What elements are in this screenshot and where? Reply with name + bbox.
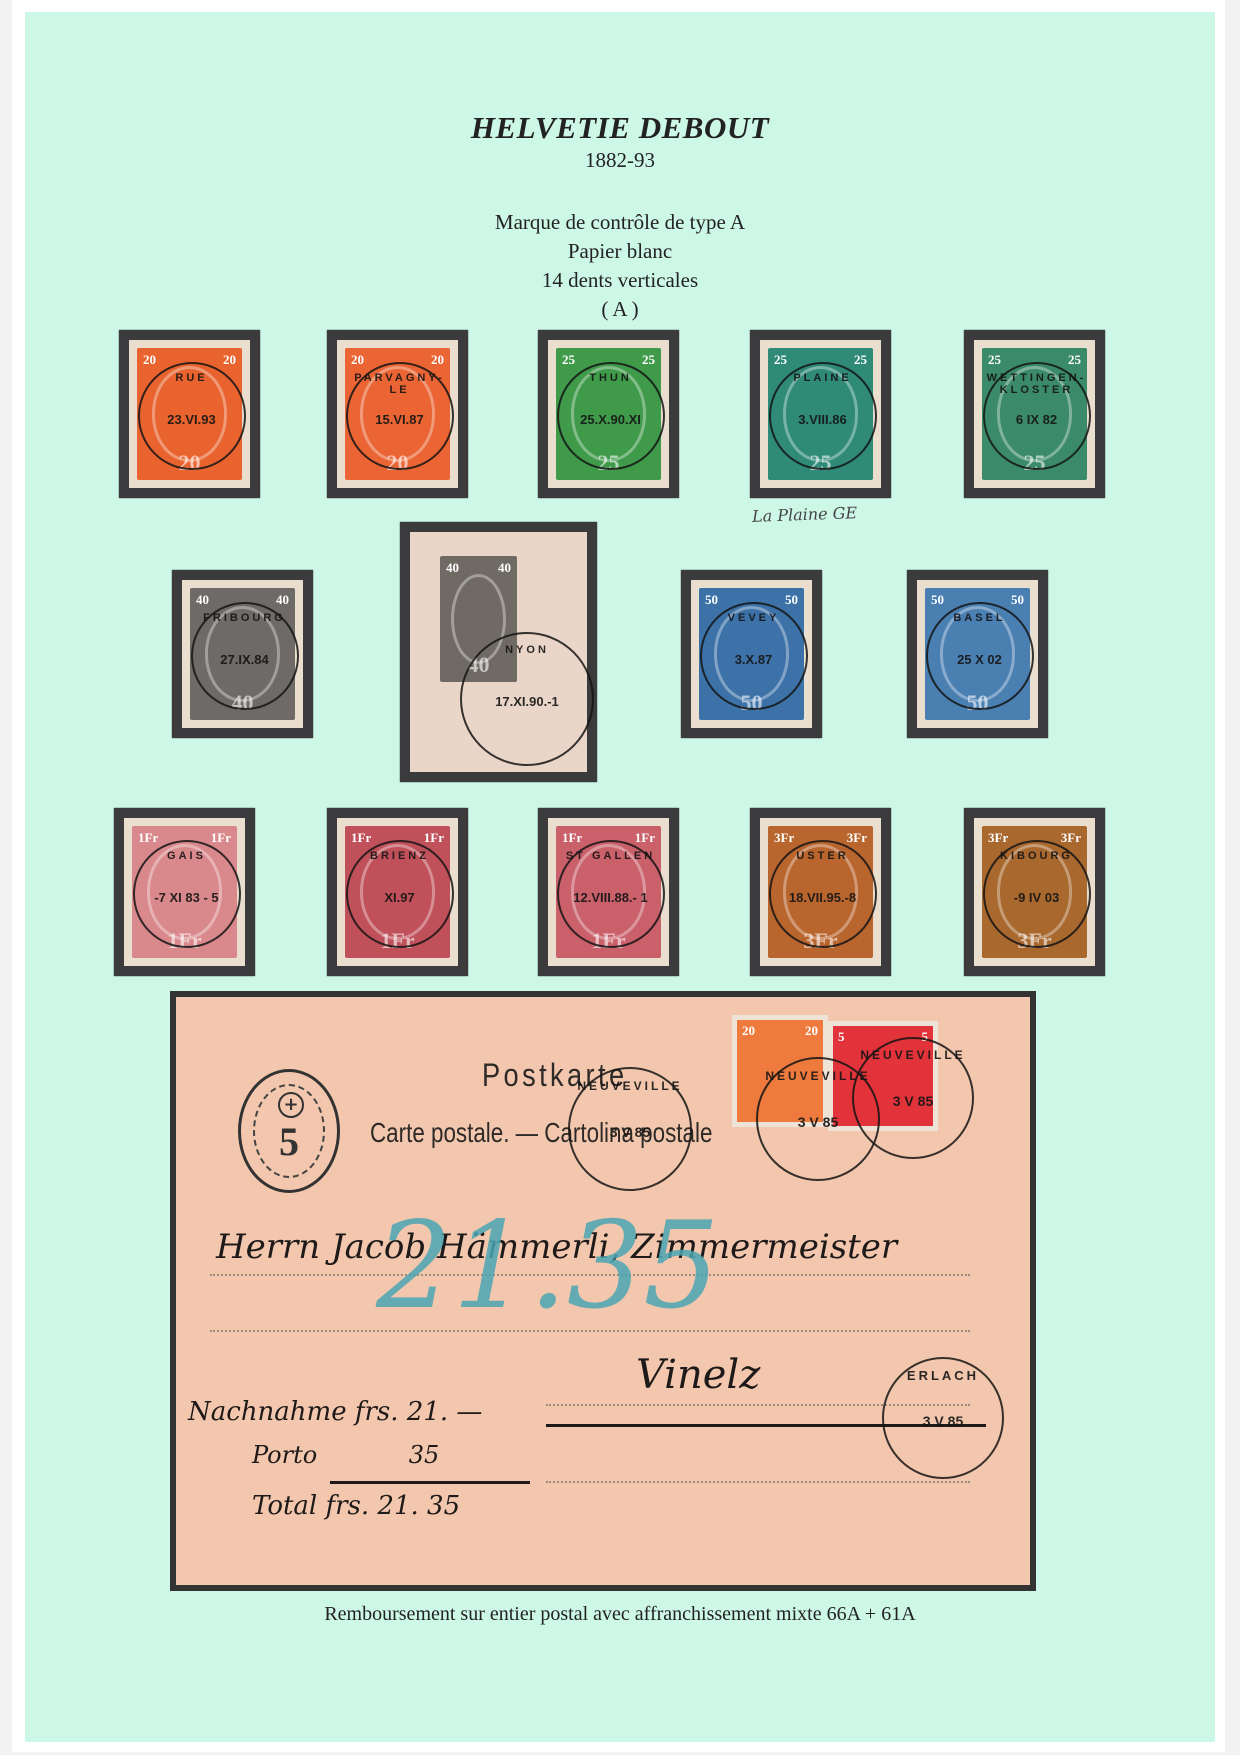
postmark-date: 17.XI.90.-1 bbox=[462, 694, 592, 709]
stamp-value: 25 bbox=[642, 352, 655, 368]
cod-line-3: Total frs. 21. 35 bbox=[252, 1491, 460, 1521]
postmark: WETTINGEN-KLOSTER6 IX 82 bbox=[983, 362, 1091, 470]
address-line-2: Vinelz bbox=[636, 1352, 760, 1398]
postmark-date: 12.VIII.88.- 1 bbox=[559, 890, 663, 905]
page-title: HELVETIE DEBOUT bbox=[0, 110, 1240, 146]
postmark: USTER18.VII.95.-8 bbox=[769, 840, 877, 948]
stamp-mount: 404040FRIBOURG27.IX.84 bbox=[172, 570, 313, 738]
postmark-town: BASEL bbox=[928, 612, 1032, 624]
postmark: BRIENZXI.97 bbox=[346, 840, 454, 948]
postmark-town: WETTINGEN-KLOSTER bbox=[985, 372, 1089, 396]
postmark-date: -9 IV 03 bbox=[985, 890, 1089, 905]
page-subtitle: Marque de contrôle de type A Papier blan… bbox=[0, 208, 1240, 324]
stamp: 404040NYON17.XI.90.-1 bbox=[410, 532, 587, 772]
postmark-town: ST GALLEN bbox=[559, 850, 663, 862]
postmark-date: XI.97 bbox=[348, 890, 452, 905]
stamp: 505050BASEL25 X 02 bbox=[917, 580, 1038, 728]
stamp-value: 1Fr bbox=[211, 830, 231, 846]
stamp-mount: 252525WETTINGEN-KLOSTER6 IX 82 bbox=[964, 330, 1105, 498]
stamp-value: 3Fr bbox=[988, 830, 1008, 846]
stamp-mount: 505050VEVEY3.X.87 bbox=[681, 570, 822, 738]
stamp-value: 40 bbox=[498, 560, 511, 576]
stamp: 252525WETTINGEN-KLOSTER6 IX 82 bbox=[974, 340, 1095, 488]
indicia-5c-icon: + 5 bbox=[238, 1069, 340, 1193]
stamp: 202020PARVAGNY-LE15.VI.87 bbox=[337, 340, 458, 488]
stamp-value: 20 bbox=[351, 352, 364, 368]
subtitle-line: ( A ) bbox=[0, 295, 1240, 324]
postmark-date: 18.VII.95.-8 bbox=[771, 890, 875, 905]
stamp-value: 40 bbox=[276, 592, 289, 608]
postcard-mount: + 5 Postkarte Carte postale. — Cartolina… bbox=[170, 991, 1036, 1591]
cod-line-1: Nachnahme frs. 21. — bbox=[188, 1397, 482, 1427]
postmark-date: -7 XI 83 - 5 bbox=[135, 890, 239, 905]
postmark-neuveville: NEUVEVILLE 3 V 85 bbox=[568, 1067, 692, 1191]
stamp-mount: 3Fr3Fr3FrKIBOURG-9 IV 03 bbox=[964, 808, 1105, 976]
stamp-mount: 1Fr1Fr1FrBRIENZXI.97 bbox=[327, 808, 468, 976]
stamp-value: 25 bbox=[988, 352, 1001, 368]
postmark-date: 6 IX 82 bbox=[985, 412, 1089, 427]
postmark-town: NYON bbox=[462, 644, 592, 656]
postmark: FRIBOURG27.IX.84 bbox=[191, 602, 299, 710]
subtitle-line: Marque de contrôle de type A bbox=[0, 208, 1240, 237]
stamp-value: 20 bbox=[143, 352, 156, 368]
stamp-value: 1Fr bbox=[138, 830, 158, 846]
stamp: 252525PLAINE3.VIII.86 bbox=[760, 340, 881, 488]
postmark-town: PLAINE bbox=[771, 372, 875, 384]
page-years: 1882-93 bbox=[0, 148, 1240, 173]
stamp-mount: 3Fr3Fr3FrUSTER18.VII.95.-8 bbox=[750, 808, 891, 976]
stamp-value: 20 bbox=[431, 352, 444, 368]
postmark: GAIS-7 XI 83 - 5 bbox=[133, 840, 241, 948]
postmark: BASEL25 X 02 bbox=[926, 602, 1034, 710]
postmark-town: KIBOURG bbox=[985, 850, 1089, 862]
stamp-mount: 202020PARVAGNY-LE15.VI.87 bbox=[327, 330, 468, 498]
stamp-value: 40 bbox=[446, 560, 459, 576]
swiss-cross-icon: + bbox=[278, 1092, 304, 1118]
postmark: KIBOURG-9 IV 03 bbox=[983, 840, 1091, 948]
stamp: 3Fr3Fr3FrKIBOURG-9 IV 03 bbox=[974, 818, 1095, 966]
postmark-town: THUN bbox=[559, 372, 663, 384]
postmark-date: 25 X 02 bbox=[928, 652, 1032, 667]
address-rule bbox=[546, 1481, 970, 1483]
cod-line-2: Porto 35 bbox=[252, 1441, 439, 1469]
postmark-town: VEVEY bbox=[702, 612, 806, 624]
stamp: 1Fr1Fr1FrGAIS-7 XI 83 - 5 bbox=[124, 818, 245, 966]
stamp-value: 3Fr bbox=[1061, 830, 1081, 846]
pencil-note: La Plaine GE bbox=[752, 503, 858, 526]
postcard-caption: Remboursement sur entier postal avec aff… bbox=[0, 1603, 1240, 1626]
stamp-mount: 1Fr1Fr1FrGAIS-7 XI 83 - 5 bbox=[114, 808, 255, 976]
stamp-mount: 252525PLAINE3.VIII.86 bbox=[750, 330, 891, 498]
stamp: 404040FRIBOURG27.IX.84 bbox=[182, 580, 303, 728]
postmark-date: 27.IX.84 bbox=[193, 652, 297, 667]
stamp-mount: 252525THUN25.X.90.XI bbox=[538, 330, 679, 498]
postmark: THUN25.X.90.XI bbox=[557, 362, 665, 470]
postmark-date: 25.X.90.XI bbox=[559, 412, 663, 427]
blue-crayon-amount: 21.35 bbox=[376, 1197, 720, 1336]
stamp-mount: 1Fr1Fr1FrST GALLEN12.VIII.88.- 1 bbox=[538, 808, 679, 976]
postmark: RUE23.VI.93 bbox=[138, 362, 246, 470]
postmark: PLAINE3.VIII.86 bbox=[769, 362, 877, 470]
stamp: 1Fr1Fr1FrST GALLEN12.VIII.88.- 1 bbox=[548, 818, 669, 966]
postcard: + 5 Postkarte Carte postale. — Cartolina… bbox=[176, 997, 1030, 1585]
stamp-value: 25 bbox=[854, 352, 867, 368]
postmark-date: 23.VI.93 bbox=[140, 412, 244, 427]
stamp-value: 50 bbox=[931, 592, 944, 608]
postmark: VEVEY3.X.87 bbox=[700, 602, 808, 710]
stamp-value: 3Fr bbox=[847, 830, 867, 846]
stamp: 505050VEVEY3.X.87 bbox=[691, 580, 812, 728]
postmark-town: PARVAGNY-LE bbox=[348, 372, 452, 396]
stamp-value: 1Fr bbox=[424, 830, 444, 846]
stamp: 202020RUE23.VI.93 bbox=[129, 340, 250, 488]
postmark-neuveville-3: NEUVEVILLE 3 V 85 bbox=[852, 1037, 974, 1159]
postmark-erlach: ERLACH 3 V 85 bbox=[882, 1357, 1004, 1479]
subtitle-line: 14 dents verticales bbox=[0, 266, 1240, 295]
stamp: 3Fr3Fr3FrUSTER18.VII.95.-8 bbox=[760, 818, 881, 966]
stamp: 1Fr1Fr1FrBRIENZXI.97 bbox=[337, 818, 458, 966]
stamp-value: 50 bbox=[705, 592, 718, 608]
stamp-value: 20 bbox=[223, 352, 236, 368]
stamp-mount: 404040NYON17.XI.90.-1 bbox=[400, 522, 597, 782]
postmark-town: GAIS bbox=[135, 850, 239, 862]
stamp: 252525THUN25.X.90.XI bbox=[548, 340, 669, 488]
postmark-date: 3.X.87 bbox=[702, 652, 806, 667]
stamp-value: 3Fr bbox=[774, 830, 794, 846]
stamp-value: 1Fr bbox=[562, 830, 582, 846]
stamp-value: 40 bbox=[196, 592, 209, 608]
postmark-town: RUE bbox=[140, 372, 244, 384]
stamp-value: 1Fr bbox=[635, 830, 655, 846]
postmark: ST GALLEN12.VIII.88.- 1 bbox=[557, 840, 665, 948]
stamp-mount: 505050BASEL25 X 02 bbox=[907, 570, 1048, 738]
subtitle-line: Papier blanc bbox=[0, 237, 1240, 266]
stamp-value: 1Fr bbox=[351, 830, 371, 846]
postmark-town: FRIBOURG bbox=[193, 612, 297, 624]
postmark: NYON17.XI.90.-1 bbox=[460, 632, 594, 766]
postmark-date: 3.VIII.86 bbox=[771, 412, 875, 427]
cod-sum-line bbox=[330, 1481, 530, 1484]
stamp-value: 50 bbox=[1011, 592, 1024, 608]
stamp-value: 25 bbox=[1068, 352, 1081, 368]
postmark-date: 15.VI.87 bbox=[348, 412, 452, 427]
postmark: PARVAGNY-LE15.VI.87 bbox=[346, 362, 454, 470]
stamp-value: 50 bbox=[785, 592, 798, 608]
stamp-value: 25 bbox=[774, 352, 787, 368]
stamp-value: 25 bbox=[562, 352, 575, 368]
stamp-mount: 202020RUE23.VI.93 bbox=[119, 330, 260, 498]
postmark-town: USTER bbox=[771, 850, 875, 862]
postmark-town: BRIENZ bbox=[348, 850, 452, 862]
